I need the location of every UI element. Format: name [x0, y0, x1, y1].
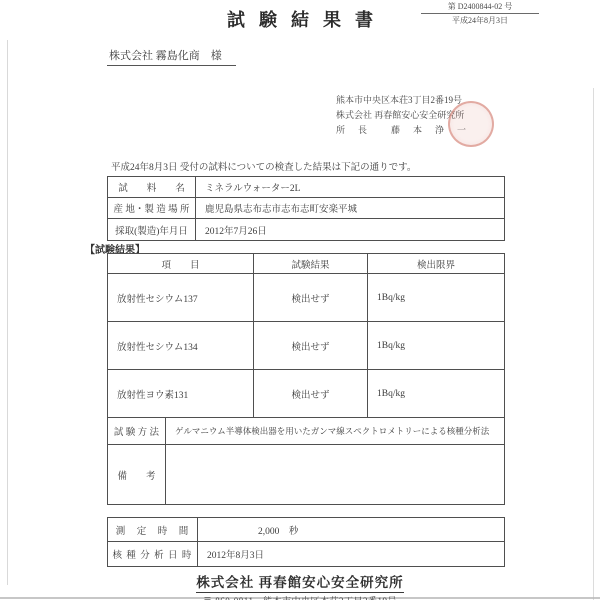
method-value: ゲルマニウム半導体検出器を用いたガンマ線スペクトロメトリーによる核種分析法: [166, 418, 504, 444]
result-cs137: 検出せず: [254, 274, 368, 321]
results-table: 項 目 試験結果 検出限界 放射性セシウム137 検出せず 1Bq/kg 放射性…: [107, 253, 505, 505]
intro-line: 平成24年8月3日 受付の試料についての検査した結果は下記の通りです。: [111, 159, 416, 173]
scan-edge-right: [593, 88, 594, 600]
analysis-date-label: 核 種 分 析 日 時: [108, 542, 198, 566]
header-item: 項 目: [108, 254, 254, 273]
limit-i131: 1Bq/kg: [368, 370, 504, 417]
document-date: 平成24年8月3日: [421, 14, 539, 26]
table-row: 測 定 時 間 2,000 秒: [108, 518, 504, 542]
footer-address: 〒 860-0811 熊本市中央区本荘3丁目2番19号: [0, 594, 600, 600]
sample-info-table: 試 料 名 ミネラルウォーター2L 産 地・製 造 場 所 鹿児島県志布志市志布…: [107, 176, 505, 241]
sampling-date-value: 2012年7月26日: [196, 219, 504, 240]
method-row: 試 験 方 法 ゲルマニウム半導体検出器を用いたガンマ線スペクトロメトリーによる…: [108, 418, 504, 445]
issuer-address: 熊本市中央区本荘3丁目2番19号: [336, 93, 468, 108]
results-header-row: 項 目 試験結果 検出限界: [108, 254, 504, 274]
analysis-date-value: 2012年8月3日: [198, 542, 504, 566]
table-row: 採取(製造)年月日 2012年7月26日: [108, 219, 504, 240]
addressee-line: 株式会社 霧島化商 様: [107, 47, 236, 66]
scanned-document-page: 試験結果書 第 D2400844-02 号 平成24年8月3日 株式会社 霧島化…: [0, 0, 600, 600]
item-cs134: 放射性セシウム134: [108, 322, 254, 369]
origin-label: 産 地・製 造 場 所: [108, 198, 196, 218]
document-number: 第 D2400844-02 号: [421, 1, 539, 14]
sample-name-value: ミネラルウォーター2L: [196, 177, 504, 197]
header-limit: 検出限界: [368, 254, 504, 273]
remarks-label: 備 考: [108, 445, 166, 504]
item-cs137: 放射性セシウム137: [108, 274, 254, 321]
method-label: 試 験 方 法: [108, 418, 166, 444]
director-seal-icon: [448, 101, 494, 147]
measure-time-label: 測 定 時 間: [108, 518, 198, 541]
table-row: 核 種 分 析 日 時 2012年8月3日: [108, 542, 504, 566]
table-row: 放射性セシウム137 検出せず 1Bq/kg: [108, 274, 504, 322]
sampling-date-label: 採取(製造)年月日: [108, 219, 196, 240]
sample-name-label: 試 料 名: [108, 177, 196, 197]
remarks-row: 備 考: [108, 445, 504, 504]
table-row: 産 地・製 造 場 所 鹿児島県志布志市志布志町安楽平城: [108, 198, 504, 219]
table-row: 放射性ヨウ素131 検出せず 1Bq/kg: [108, 370, 504, 418]
item-i131: 放射性ヨウ素131: [108, 370, 254, 417]
footer-company: 株式会社 再春館安心安全研究所: [196, 571, 403, 593]
header-result: 試験結果: [254, 254, 368, 273]
measure-time-value: 2,000 秒: [198, 518, 504, 541]
origin-value: 鹿児島県志布志市志布志町安楽平城: [196, 198, 504, 218]
result-cs134: 検出せず: [254, 322, 368, 369]
remarks-value: [166, 445, 504, 504]
result-i131: 検出せず: [254, 370, 368, 417]
document-number-block: 第 D2400844-02 号 平成24年8月3日: [421, 1, 539, 26]
scan-edge-left: [7, 40, 8, 585]
limit-cs134: 1Bq/kg: [368, 322, 504, 369]
limit-cs137: 1Bq/kg: [368, 274, 504, 321]
footer-block: 株式会社 再春館安心安全研究所 〒 860-0811 熊本市中央区本荘3丁目2番…: [0, 571, 600, 600]
table-row: 放射性セシウム134 検出せず 1Bq/kg: [108, 322, 504, 370]
measurement-table: 測 定 時 間 2,000 秒 核 種 分 析 日 時 2012年8月3日: [107, 517, 505, 567]
table-row: 試 料 名 ミネラルウォーター2L: [108, 177, 504, 198]
